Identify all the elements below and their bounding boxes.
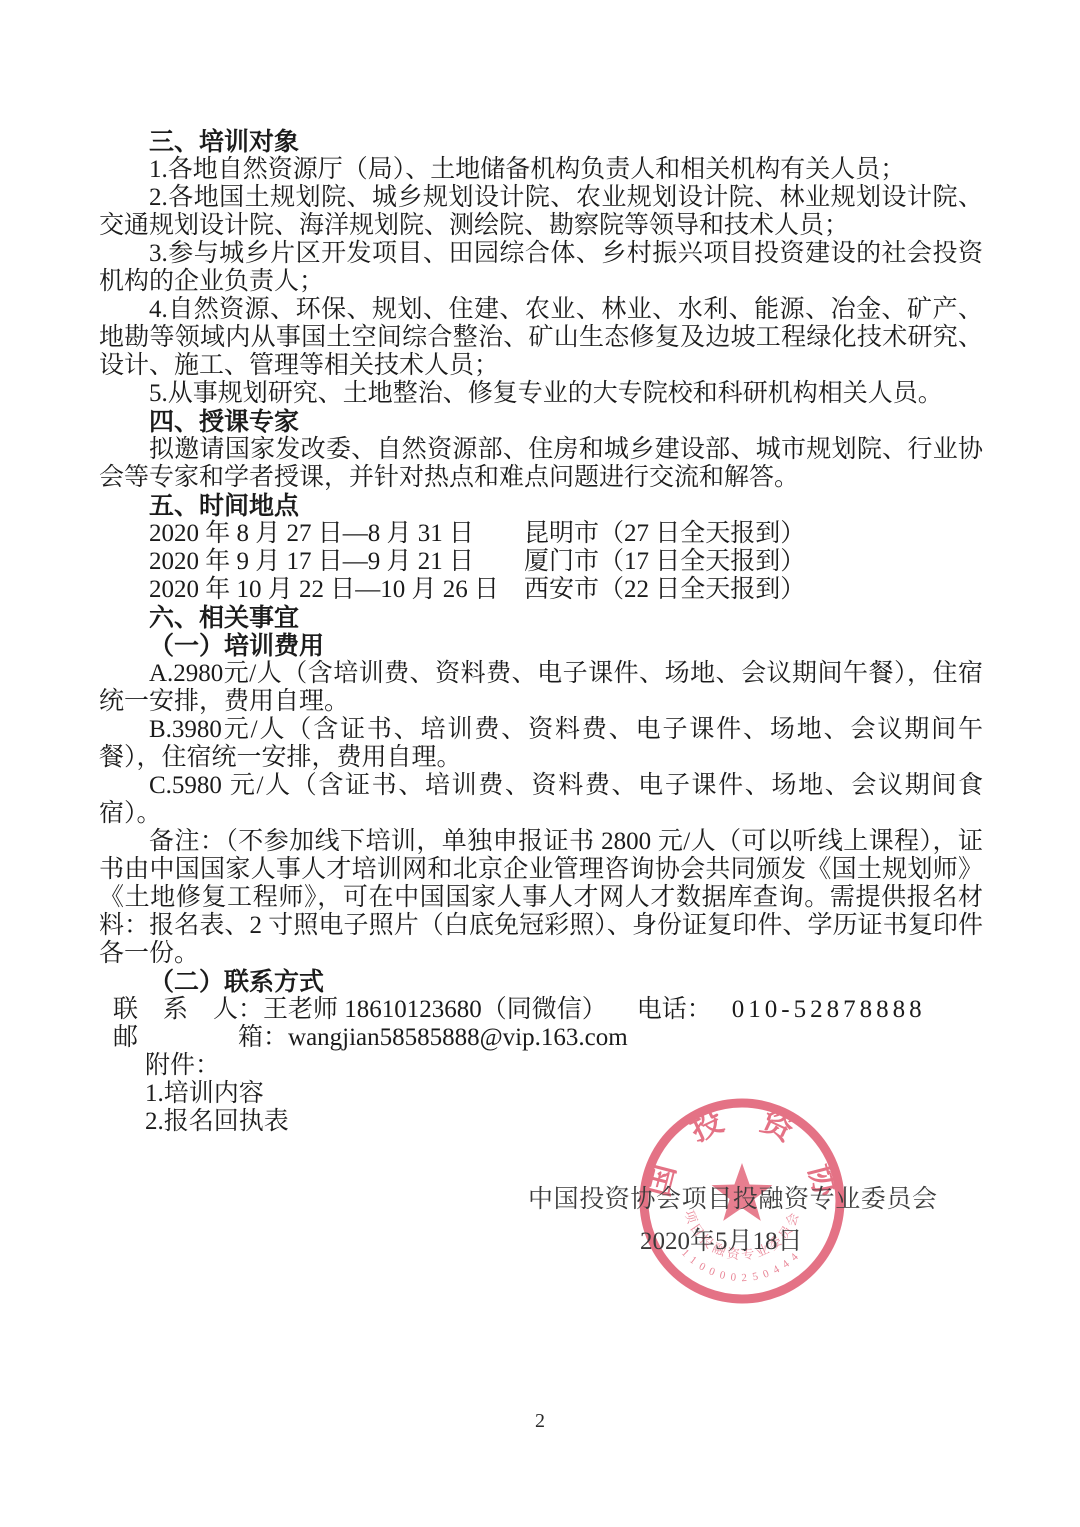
contact-phone-label: 电话： [637,996,712,1023]
schedule-line-kunming: 2020 年 8 月 27 日—8 月 31 日 昆明市（27 日全天报到） [99,520,983,548]
para-fee-option-b: B.3980元/人（含证书、培训费、资料费、电子课件、场地、会议期间午餐），住宿… [99,716,983,772]
page-number: 2 [0,1410,1080,1433]
heading-contact-info: （二）联系方式 [99,968,983,996]
heading-lecturers: 四、授课专家 [99,408,983,436]
para-trainee-2: 2.各地国土规划院、城乡规划设计院、农业规划设计院、林业规划设计院、交通规划设计… [99,184,983,240]
para-fee-option-c: C.5980 元/人（含证书、培训费、资料费、电子课件、场地、会议期间食宿）。 [99,772,983,828]
heading-related-matters: 六、相关事宜 [99,604,983,632]
attachments-block: 附件： 1.培训内容 2.报名回执表 [145,1052,983,1136]
heading-training-fees: （一）培训费用 [99,632,983,660]
document-body: 三、培训对象 1.各地自然资源厅（局）、土地储备机构负责人和相关机构有关人员； … [99,128,983,1136]
contact-email-label: 邮 箱： [113,1024,288,1051]
contact-person-label: 联 系 人： [113,996,263,1023]
para-trainee-4: 4.自然资源、环保、规划、住建、农业、林业、水利、能源、冶金、矿产、地勘等领域内… [99,296,983,380]
para-fee-option-a: A.2980元/人（含培训费、资料费、电子课件、场地、会议期间午餐），住宿统一安… [99,660,983,716]
para-lecturers: 拟邀请国家发改委、自然资源部、住房和城乡建设部、城市规划院、行业协会等专家和学者… [99,436,983,492]
heading-training-targets: 三、培训对象 [99,128,983,156]
attachment-item-2: 2.报名回执表 [145,1108,983,1136]
contact-person-value: 王老师 18610123680（同微信） [263,996,607,1023]
contact-email-row: 邮 箱：wangjian58585888@vip.163.com [113,1024,983,1052]
para-trainee-5: 5.从事规划研究、土地整治、修复专业的大专院校和科研机构相关人员。 [99,380,983,408]
para-trainee-3: 3.参与城乡片区开发项目、田园综合体、乡村振兴项目投资建设的社会投资机构的企业负… [99,240,983,296]
signature-date: 2020年5月18日 [640,1221,803,1257]
attachments-title: 附件： [145,1052,983,1080]
schedule-line-xian: 2020 年 10 月 22 日—10 月 26 日 西安市（22 日全天报到） [99,576,983,604]
schedule-line-xiamen: 2020 年 9 月 17 日—9 月 21 日 厦门市（17 日全天报到） [99,548,983,576]
attachment-item-1: 1.培训内容 [145,1080,983,1108]
para-fee-note: 备注：（不参加线下培训，单独申报证书 2800 元/人（可以听线上课程），证书由… [99,828,983,968]
contact-phone-value: 010-52878888 [732,996,926,1023]
contact-person-row: 联 系 人：王老师 18610123680（同微信）电话：010-5287888… [113,996,983,1024]
signature-org-name: 中国投资协会项目投融资专业委员会 [528,1179,938,1215]
para-trainee-1: 1.各地自然资源厅（局）、土地储备机构负责人和相关机构有关人员； [99,156,983,184]
document-page: 三、培训对象 1.各地自然资源厅（局）、土地储备机构负责人和相关机构有关人员； … [0,0,1080,1527]
contact-email-value: wangjian58585888@vip.163.com [288,1024,628,1051]
heading-schedule: 五、时间地点 [99,492,983,520]
